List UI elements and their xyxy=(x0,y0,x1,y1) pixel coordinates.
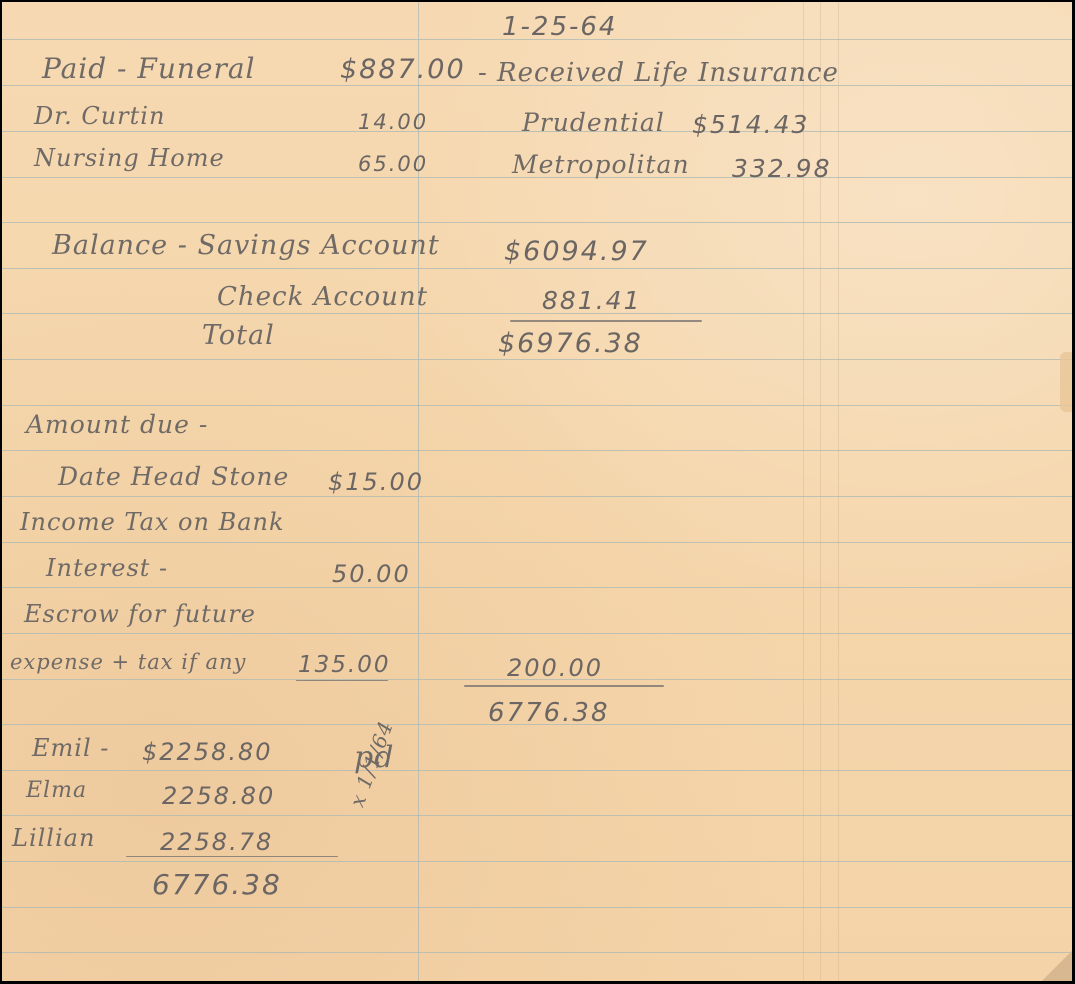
amount-due-item-label: expense + tax if any xyxy=(10,650,246,674)
ruled-line xyxy=(2,222,1072,223)
balance-total-label: Total xyxy=(202,320,275,351)
distribution-item-amount: 2258.78 xyxy=(160,828,273,856)
distribution-item-label: Lillian xyxy=(12,824,95,852)
amount-due-remaining: 6776.38 xyxy=(488,698,610,728)
ruled-line xyxy=(2,359,1072,360)
distribution-item-label: Elma xyxy=(26,778,87,803)
balance-item-label: Balance - Savings Account xyxy=(52,230,440,261)
ruled-line xyxy=(2,770,1072,771)
received-item-label: Metropolitan xyxy=(512,150,690,179)
column-divider-faint xyxy=(838,2,839,981)
amount-due-item-amount: 135.00 xyxy=(298,652,390,678)
balance-item-amount: 881.41 xyxy=(542,286,641,315)
received-heading: - Received Life Insurance xyxy=(478,58,839,88)
ruled-line xyxy=(2,496,1072,497)
amount-due-item-amount: $15.00 xyxy=(328,468,424,496)
distribution-item-label: Emil - xyxy=(32,734,109,762)
ruled-line xyxy=(2,633,1072,634)
ruled-line xyxy=(2,815,1072,816)
ruled-line xyxy=(2,542,1072,543)
distribution-underline xyxy=(126,856,338,857)
subtotal-underline xyxy=(464,685,664,687)
amount-due-item-label: Interest - xyxy=(46,554,168,582)
distribution-item-amount: 2258.80 xyxy=(162,782,275,810)
amount-underline xyxy=(296,680,388,681)
ruled-line xyxy=(2,907,1072,908)
distribution-total: 6776.38 xyxy=(152,868,282,901)
balance-item-amount: $6094.97 xyxy=(504,236,649,267)
amount-due-item-label: Income Tax on Bank xyxy=(20,508,285,536)
date: 1-25-64 xyxy=(502,12,617,42)
ledger-page: 1-25-64 Paid - Funeral $887.00 Dr. Curti… xyxy=(2,2,1072,981)
received-item-amount: 332.98 xyxy=(732,154,831,183)
received-item-amount: $514.43 xyxy=(692,110,809,139)
ruled-line xyxy=(2,952,1072,953)
paid-item-amount: 14.00 xyxy=(358,110,428,134)
ruled-line xyxy=(2,861,1072,862)
paper-edge-tear xyxy=(1060,352,1072,412)
paper-corner-fold xyxy=(1042,951,1072,981)
ruled-line xyxy=(2,313,1072,314)
paid-item-label: Paid - Funeral xyxy=(42,52,256,85)
amount-due-item-label: Escrow for future xyxy=(24,600,256,628)
column-divider-faint xyxy=(820,2,821,981)
balance-total-amount: $6976.38 xyxy=(498,328,643,359)
received-item-label: Prudential xyxy=(522,108,665,137)
ruled-line xyxy=(2,405,1072,406)
paid-item-label: Nursing Home xyxy=(34,144,225,172)
sum-underline xyxy=(510,320,702,322)
paid-item-amount: 65.00 xyxy=(358,152,428,176)
distribution-item-amount: $2258.80 xyxy=(142,738,273,766)
column-divider-faint xyxy=(803,2,804,981)
amount-due-subtotal: 200.00 xyxy=(507,654,603,682)
balance-item-label: Check Account xyxy=(217,282,428,312)
amount-due-item-label: Date Head Stone xyxy=(58,462,289,491)
ruled-line xyxy=(2,268,1072,269)
amount-due-item-amount: 50.00 xyxy=(332,560,411,588)
ruled-line xyxy=(2,587,1072,588)
ruled-line xyxy=(2,450,1072,451)
paid-item-label: Dr. Curtin xyxy=(34,102,165,130)
paid-item-amount: $887.00 xyxy=(340,54,466,85)
amount-due-heading: Amount due - xyxy=(26,410,208,439)
